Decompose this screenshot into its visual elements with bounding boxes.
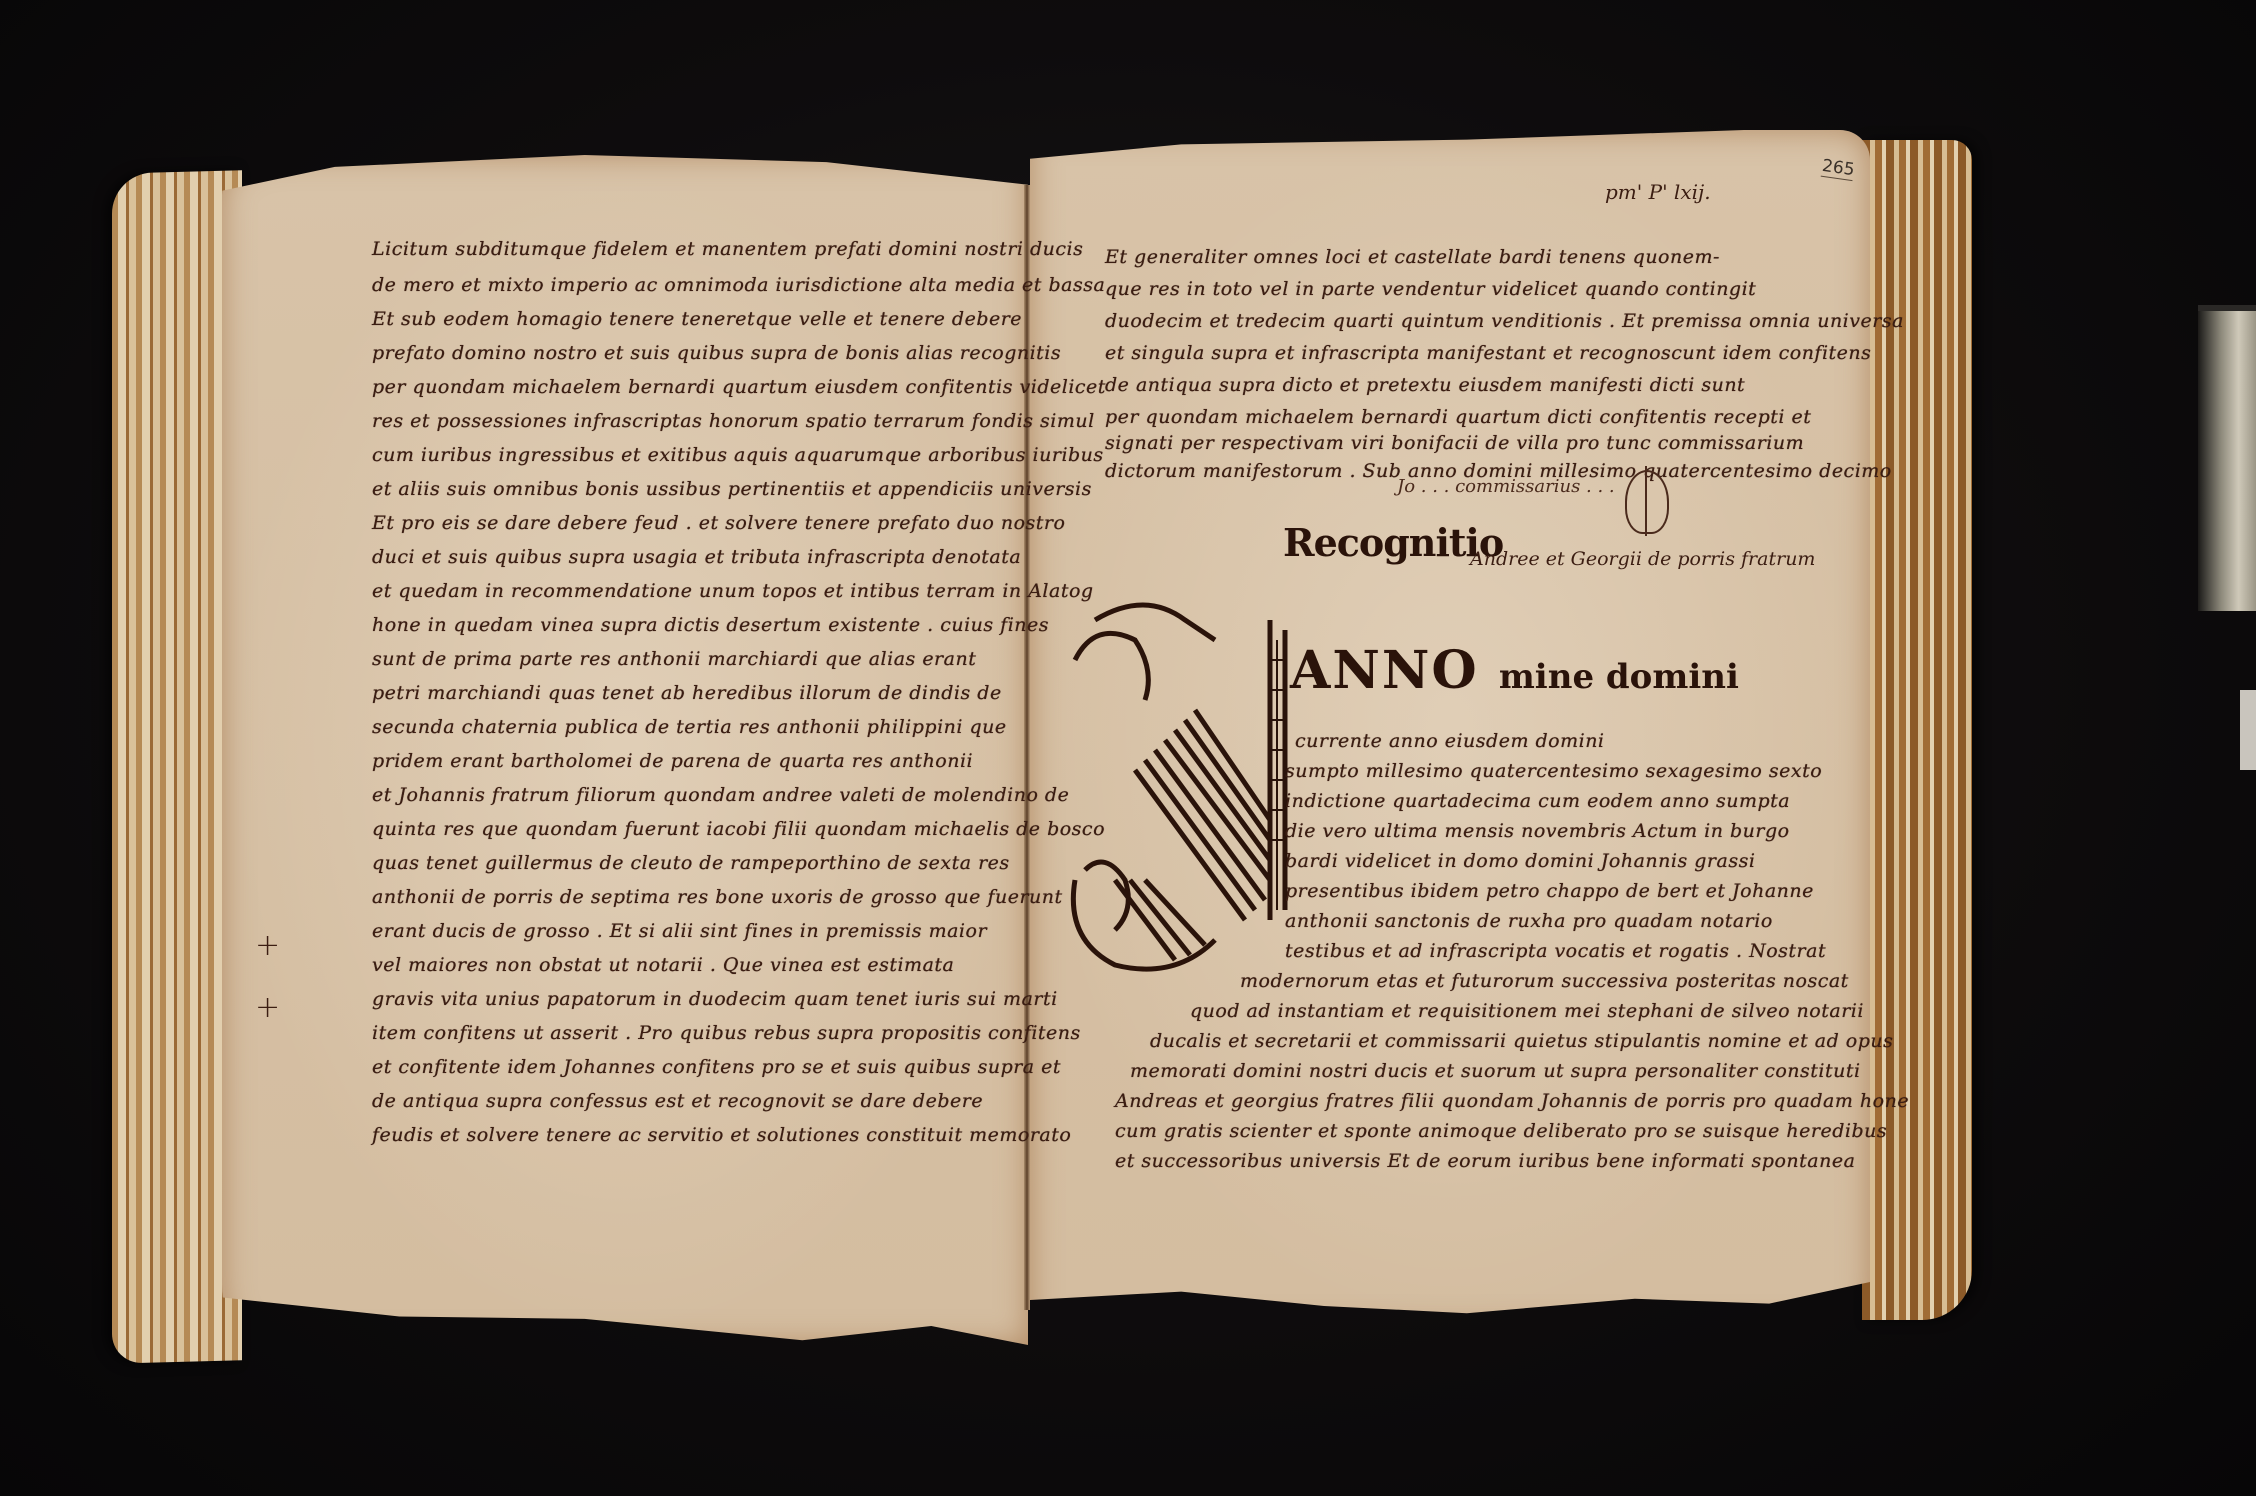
text-line: et confitente idem Johannes confitens pr…: [372, 1056, 1061, 1078]
adjacent-book-edge: [2198, 305, 2256, 611]
text-line: Et generaliter omnes loci et castellate …: [1105, 246, 1720, 268]
text-line: gravis vita unius papatorum in duodecim …: [372, 988, 1058, 1010]
text-line: currente anno eiusdem domini: [1295, 730, 1605, 752]
text-line: res et possessiones infrascriptas honoru…: [372, 410, 1095, 432]
text-line: secunda chaternia publica de tertia res …: [372, 716, 1007, 738]
text-line: Et sub eodem homagio tenere teneretque v…: [372, 308, 1022, 330]
anno-heading-rest: mine domini: [1499, 657, 1739, 697]
notary-sign-mark: [1625, 470, 1669, 534]
text-line: sumpto millesimo quatercentesimo sexages…: [1285, 760, 1822, 782]
text-line: modernorum etas et futurorum successiva …: [1240, 970, 1849, 992]
text-line: de antiqua supra confessus est et recogn…: [372, 1090, 983, 1112]
text-line: die vero ultima mensis novembris Actum i…: [1285, 820, 1790, 842]
text-line: per quondam michaelem bernardi quartum d…: [1105, 406, 1811, 428]
text-line: memorati domini nostri ducis et suorum u…: [1130, 1060, 1861, 1082]
page-number: 265: [1821, 156, 1856, 181]
text-line: duci et suis quibus supra usagia et trib…: [372, 546, 1021, 568]
text-line: anthonii de porris de septima res bone u…: [372, 886, 1063, 908]
text-line: vel maiores non obstat ut notarii . Que …: [372, 954, 954, 976]
text-line: bardi videlicet in domo domini Johannis …: [1285, 850, 1755, 872]
text-line: signati per respectivam viri bonifacii d…: [1105, 432, 1804, 454]
text-line: Et pro eis se dare debere feud . et solv…: [372, 512, 1065, 534]
text-line: et quedam in recommendatione unum topos …: [372, 580, 1094, 602]
text-line: presentibus ibidem petro chappo de bert …: [1285, 880, 1814, 902]
text-line: duodecim et tredecim quarti quintum vend…: [1105, 310, 1904, 332]
text-line: quinta res que quondam fuerunt iacobi fi…: [372, 818, 1105, 840]
text-line: item confitens ut asserit . Pro quibus r…: [372, 1022, 1081, 1044]
anno-heading-text: ANNO: [1290, 640, 1479, 701]
text-line: feudis et solvere tenere ac servitio et …: [372, 1124, 1071, 1146]
text-line: erant ducis de grosso . Et si alii sint …: [372, 920, 987, 942]
text-line: per quondam michaelem bernardi quartum e…: [372, 376, 1106, 398]
notary-signature: Jo . . . commissarius . . .: [1397, 476, 1615, 497]
text-line: cum gratis scienter et sponte animoque d…: [1115, 1120, 1887, 1142]
text-line: et aliis suis omnibus bonis ussibus pert…: [372, 478, 1092, 500]
text-line: cum iuribus ingressibus et exitibus aqui…: [372, 444, 1104, 466]
text-line: indictione quartadecima cum eodem anno s…: [1285, 790, 1790, 812]
rubric-subtitle: Andree et Georgii de porris fratrum: [1470, 548, 1815, 570]
text-line: de antiqua supra dicto et pretextu eiusd…: [1105, 374, 1745, 396]
text-line: ducalis et secretarii et commissarii qui…: [1150, 1030, 1893, 1052]
text-line: et Johannis fratrum filiorum quondam and…: [372, 784, 1069, 806]
text-line: prefato domino nostro et suis quibus sup…: [372, 342, 1061, 364]
text-line: testibus et ad infrascripta vocatis et r…: [1285, 940, 1826, 962]
adjacent-object-edge: [2240, 690, 2256, 770]
decorated-initial-a-icon: [1055, 580, 1315, 980]
text-line: hone in quedam vinea supra dictis desert…: [372, 614, 1049, 636]
text-line: et singula supra et infrascripta manifes…: [1105, 342, 1871, 364]
text-line: que res in toto vel in parte vendentur v…: [1105, 278, 1756, 300]
text-line: quas tenet guillermus de cleuto de rampe…: [372, 852, 1010, 874]
text-line: quod ad instantiam et requisitionem mei …: [1190, 1000, 1864, 1022]
margin-cross-mark: +: [255, 928, 280, 963]
text-line: de mero et mixto imperio ac omnimoda iur…: [372, 274, 1105, 296]
text-line: petri marchiandi quas tenet ab heredibus…: [372, 682, 1002, 704]
text-line: sunt de prima parte res anthonii marchia…: [372, 648, 976, 670]
text-line: pridem erant bartholomei de parena de qu…: [372, 750, 973, 772]
text-line: Licitum subditumque fidelem et manentem …: [372, 238, 1083, 260]
text-line: et successoribus universis Et de eorum i…: [1115, 1150, 1855, 1172]
text-line: anthonii sanctonis de ruxha pro quadam n…: [1285, 910, 1773, 932]
text-line: Andreas et georgius fratres filii quonda…: [1115, 1090, 1909, 1112]
margin-cross-mark: +: [255, 990, 280, 1025]
anno-domini-heading: ANNO mine domini: [1290, 640, 1739, 701]
folio-annotation: pm' P' lxij.: [1605, 180, 1711, 204]
